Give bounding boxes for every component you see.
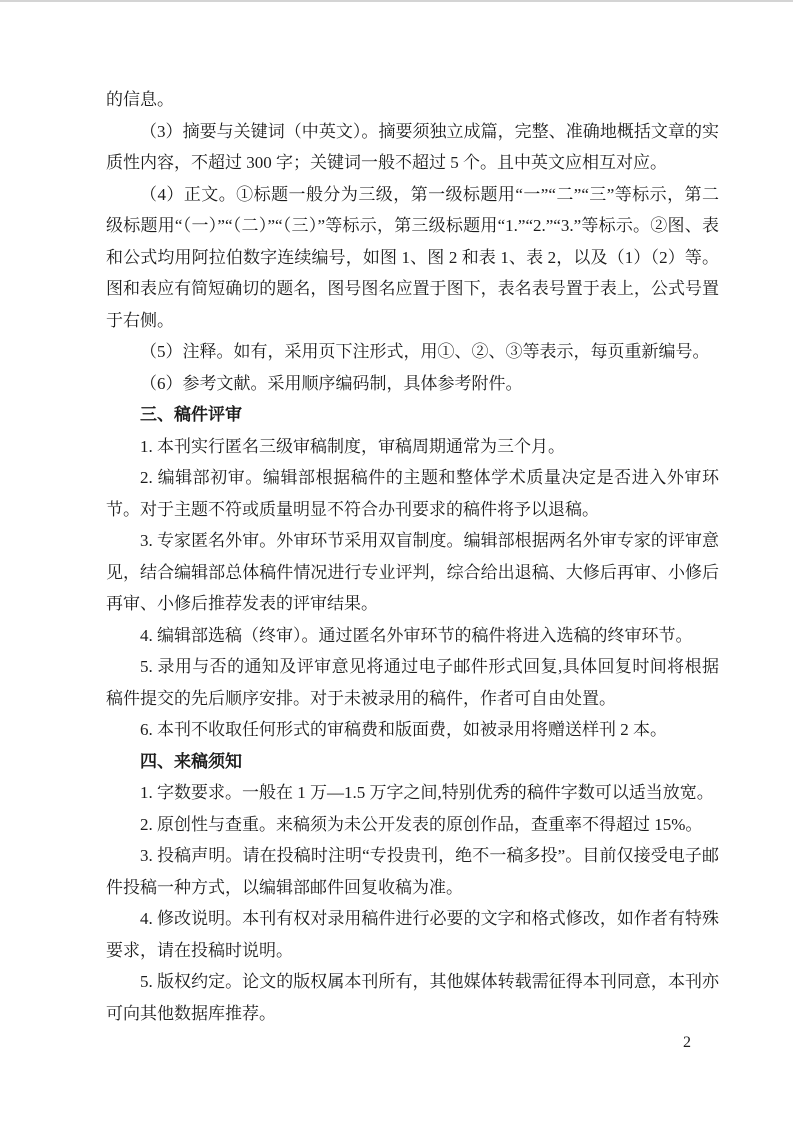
page-footer: 2 [106,1034,719,1052]
paragraph-continuation: 的信息。 [106,84,719,116]
section-heading-submission-notes: 四、来稿须知 [106,746,719,778]
paragraph-footnotes: （5）注释。如有，采用页下注形式，用①、②、③等表示，每页重新编号。 [106,336,719,368]
paragraph-notes-item-4: 4. 修改说明。本刊有权对录用稿件进行必要的文字和格式修改，如作者有特殊要求，请… [106,903,719,966]
paragraph-review-item-4: 4. 编辑部选稿（终审）。通过匿名外审环节的稿件将进入选稿的终审环节。 [106,620,719,652]
document-page: 的信息。 （3）摘要与关键词（中英文）。摘要须独立成篇，完整、准确地概括文章的实… [0,0,793,1122]
paragraph-main-text-rules: （4）正文。①标题一般分为三级，第一级标题用“一”“二”“三”等标示，第二级标题… [106,179,719,337]
page-top-edge [0,0,793,2]
page-number: 2 [683,1034,691,1052]
section-heading-manuscript-review: 三、稿件评审 [106,399,719,431]
paragraph-review-item-2: 2. 编辑部初审。编辑部根据稿件的主题和整体学术质量决定是否进入外审环节。对于主… [106,462,719,525]
paragraph-notes-item-2: 2. 原创性与查重。来稿须为未公开发表的原创作品，查重率不得超过 15%。 [106,809,719,841]
paragraph-notes-item-1: 1. 字数要求。一般在 1 万—1.5 万字之间,特别优秀的稿件字数可以适当放宽… [106,777,719,809]
paragraph-review-item-5: 5. 录用与否的通知及评审意见将通过电子邮件形式回复,具体回复时间将根据稿件提交… [106,651,719,714]
paragraph-references: （6）参考文献。采用顺序编码制，具体参考附件。 [106,368,719,400]
paragraph-abstract-keywords: （3）摘要与关键词（中英文）。摘要须独立成篇，完整、准确地概括文章的实质性内容，… [106,116,719,179]
page-content: 的信息。 （3）摘要与关键词（中英文）。摘要须独立成篇，完整、准确地概括文章的实… [106,84,719,1029]
paragraph-review-item-6: 6. 本刊不收取任何形式的审稿费和版面费，如被录用将赠送样刊 2 本。 [106,714,719,746]
paragraph-notes-item-5: 5. 版权约定。论文的版权属本刊所有，其他媒体转载需征得本刊同意，本刊亦可向其他… [106,966,719,1029]
paragraph-review-item-3: 3. 专家匿名外审。外审环节采用双盲制度。编辑部根据两名外审专家的评审意见，结合… [106,525,719,620]
paragraph-notes-item-3: 3. 投稿声明。请在投稿时注明“专投贵刊，绝不一稿多投”。目前仅接受电子邮件投稿… [106,840,719,903]
paragraph-review-item-1: 1. 本刊实行匿名三级审稿制度，审稿周期通常为三个月。 [106,431,719,463]
